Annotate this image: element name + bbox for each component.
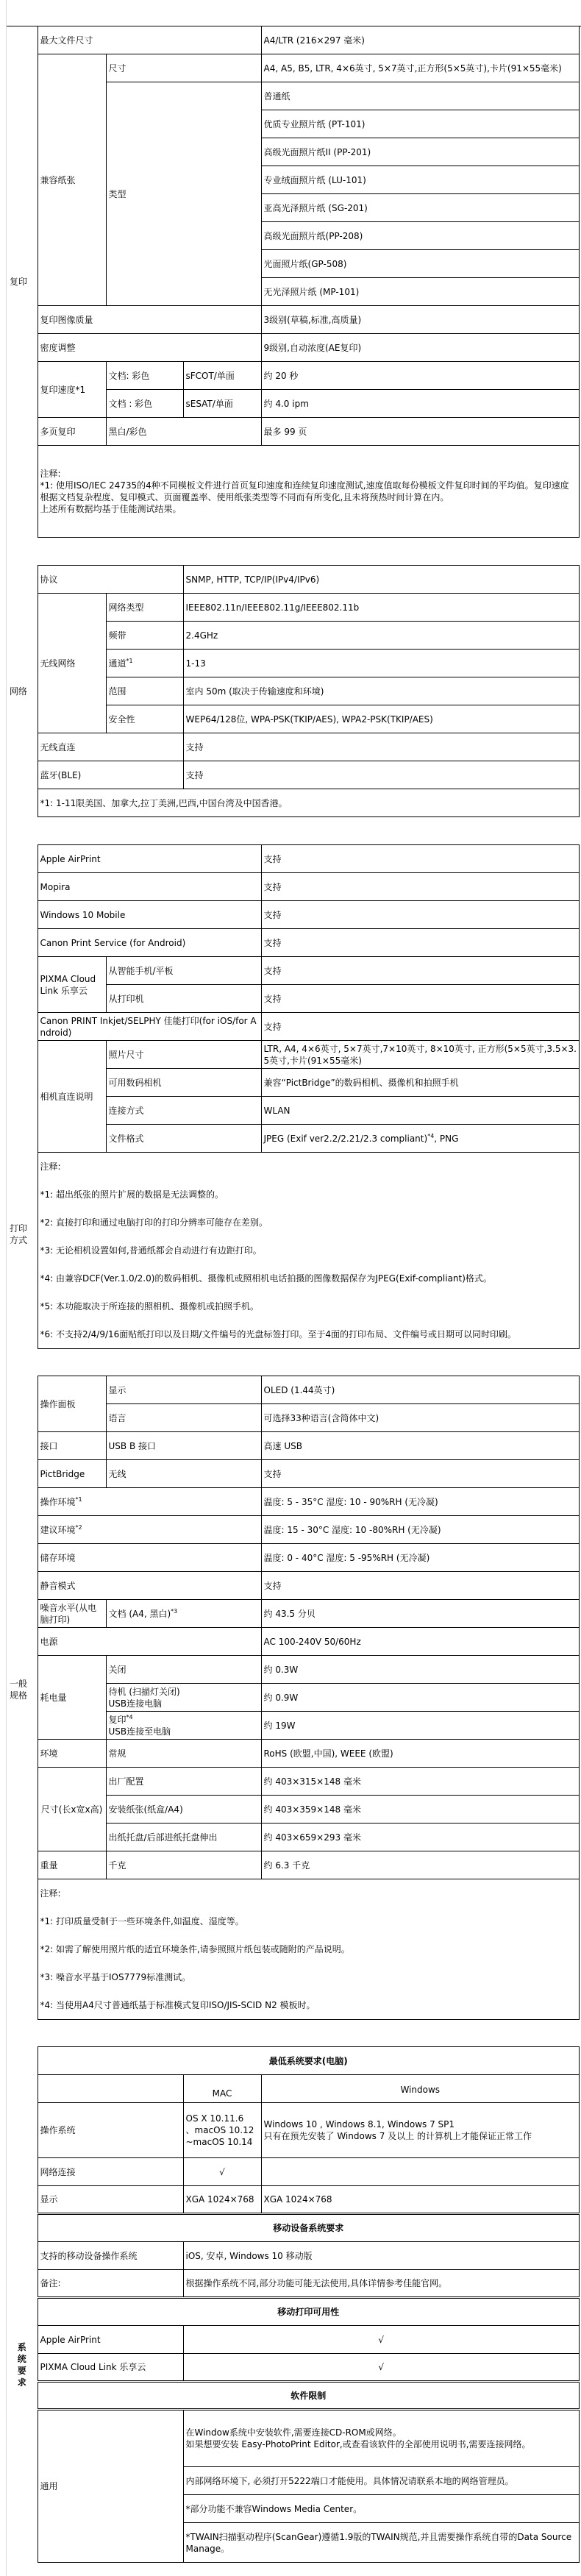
wireless-row-label: 频带 [106, 622, 183, 650]
paper-type: 优质专业照片纸 (PT-101) [261, 110, 579, 138]
max-doc-value: A4/LTR (216×297 毫米) [261, 26, 579, 54]
power-value: AC 100-240V 50/60Hz [261, 1628, 580, 1656]
wireless-row-value: 2.4GHz [183, 622, 579, 650]
wireless-row-value: IEEE802.11n/IEEE802.11g/IEEE802.11b [183, 594, 579, 622]
category-general: 一般规格 [7, 1376, 38, 2020]
consumption-row-label: 关闭 [106, 1656, 261, 1684]
print-row-value: 支持 [261, 901, 580, 929]
mobile-os-label: 支持的移动设备操作系统 [38, 2242, 183, 2270]
paper-type: 高级光面照片纸(PP-208) [261, 222, 579, 250]
dimension-label: 尺寸(长x宽x高) [38, 1768, 106, 1851]
display-label: 显示 [38, 2186, 183, 2214]
col-mac: MAC [183, 2075, 261, 2103]
consumption-row-value: 约 0.3W [261, 1656, 580, 1684]
wireless-label: 无线网络 [38, 594, 106, 733]
paper-type: 专业绒面照片纸 (LU-101) [261, 166, 579, 194]
weight-sub: 千克 [106, 1851, 261, 1879]
print-row-value: 支持 [261, 873, 580, 901]
col-windows: Windows [261, 2075, 580, 2103]
env-sub: 常规 [106, 1740, 261, 1768]
net-label: 网络连接 [38, 2158, 183, 2186]
paper-type: 高级光面照片纸II (PP-201) [261, 138, 579, 166]
rec-env-label: 建议环境*2 [38, 1516, 261, 1544]
paper-type: 无光泽照片纸 (MP-101) [261, 278, 579, 306]
note-item: *1: 超出纸张的照片扩展的数据是无法调整的。 [40, 1181, 577, 1209]
notes-title: 注释: [40, 468, 577, 480]
pc-req-header: 最低系统要求(电脑) [38, 2047, 580, 2075]
quiet-value: 支持 [261, 1572, 580, 1600]
cloud-link-label: PIXMA Cloud Link 乐享云 [38, 2354, 183, 2382]
speed-mode: sFCOT/单面 [183, 362, 261, 390]
wireless-row-value: WEP64/128位, WPA-PSK(TKIP/AES), WPA2-PSK(… [183, 705, 579, 733]
dimension-row-value: 约 403×359×148 毫米 [261, 1796, 580, 1824]
category-copy: 复印 [7, 26, 38, 538]
cloud-row-label: 从打印机 [106, 985, 261, 1013]
store-env-value: 温度: 0 - 40°C 湿度: 5 -95%RH (无冷凝) [261, 1544, 580, 1572]
category-network: 网络 [7, 566, 38, 817]
quality-label: 复印图像质量 [38, 306, 261, 334]
mobile-req-header: 移动设备系统要求 [38, 2214, 580, 2242]
consumption-label: 耗电量 [38, 1656, 106, 1740]
interface-sub: USB B 接口 [106, 1432, 261, 1460]
dimension-row-value: 约 403×315×148 毫米 [261, 1768, 580, 1796]
wireless-row-value: 室内 50m (取决于传输速度和环境) [183, 677, 579, 705]
airprint-check: √ [183, 2326, 580, 2354]
size-value: A4, A5, B5, LTR, 4×6英寸, 5×7英寸,正方形(5×5英寸)… [261, 54, 579, 82]
pictbridge-sub: 无线 [106, 1460, 261, 1488]
store-env-label: 储存环境 [38, 1544, 261, 1572]
print-notes: 注释: *1: 超出纸张的照片扩展的数据是无法调整的。 *2: 直接打印和通过电… [38, 1153, 580, 1349]
software-note: 内部网络环境下, 必须打开5222端口才能使用。具体情况请联系本地的网络管理员。 [183, 2467, 580, 2495]
cloud-row-label: 从智能手机/平板 [106, 957, 261, 985]
weight-label: 重量 [38, 1851, 106, 1879]
copy-spec-table: 复印 最大文件尺寸 A4/LTR (216×297 毫米) 兼容纸张 尺寸 A4… [7, 26, 580, 538]
speed-label: 复印速度*1 [38, 362, 106, 418]
panel-row-label: 语言 [106, 1404, 261, 1432]
network-spec-table: 网络 协议 SNMP, HTTP, TCP/IP(IPv4/IPv6) 无线网络… [7, 565, 580, 817]
canon-print-value: 支持 [261, 1013, 580, 1041]
panel-row-label: 显示 [106, 1376, 261, 1404]
speed-mode: sESAT/单面 [183, 390, 261, 418]
print-row-value: 支持 [261, 845, 580, 873]
note-item: *3: 无论相机设置如何,普通纸都会自动进行有边距打印。 [40, 1237, 577, 1264]
protocol-value: SNMP, HTTP, TCP/IP(IPv4/IPv6) [183, 566, 579, 594]
size-label: 尺寸 [106, 54, 261, 82]
noise-sub: 文档 (A4, 黑白)*3 [106, 1600, 261, 1628]
general-spec-table: 一般规格 操作面板 显示 OLED (1.44英寸) 语言 可选择33种语言(含… [7, 1376, 580, 2020]
quality-value: 3级别(草稿,标准,高质量) [261, 306, 579, 334]
print-row-label: Apple AirPrint [38, 845, 261, 873]
interface-label: 接口 [38, 1432, 106, 1460]
noise-value: 约 43.5 分贝 [261, 1600, 580, 1628]
category-print: 打印方式 [7, 845, 38, 1349]
direct-label: 无线直连 [38, 733, 183, 761]
camera-row-value: LTR, A4, 4×6英寸, 5×7英寸,7×10英寸, 8×10英寸, 正方… [261, 1041, 580, 1069]
paper-type: 亚高光泽照片纸 (SG-201) [261, 194, 579, 222]
env-label: 环境 [38, 1740, 106, 1768]
pictbridge-value: 支持 [261, 1460, 580, 1488]
multi-sub: 黑白/彩色 [106, 418, 261, 446]
notes-title: 注释: [40, 1153, 577, 1181]
copy-notes: 注释: *1: 使用ISO/IEC 24735的4种不同模板文件进行首页复印速度… [38, 446, 580, 538]
print-row-label: Canon Print Service (for Android) [38, 929, 261, 957]
protocol-label: 协议 [38, 566, 183, 594]
quiet-label: 静音模式 [38, 1572, 261, 1600]
cloud-row-value: 支持 [261, 957, 580, 985]
multi-label: 多页复印 [38, 418, 106, 446]
wireless-row-label: 范围 [106, 677, 183, 705]
camera-label: 相机直连说明 [38, 1041, 106, 1153]
note-item: *1: 使用ISO/IEC 24735的4种不同模板文件进行首页复印速度和连续复… [40, 480, 577, 503]
software-note: *部分功能不兼容Windows Media Center。 [183, 2495, 580, 2523]
bluetooth-value: 支持 [183, 761, 579, 789]
camera-row-value: WLAN [261, 1097, 580, 1125]
direct-value: 支持 [183, 733, 579, 761]
op-env-value: 温度: 5 - 35°C 湿度: 10 - 90%RH (无冷凝) [261, 1488, 580, 1516]
os-label: 操作系统 [38, 2103, 183, 2158]
panel-row-value: 可选择33种语言(含简体中文) [261, 1404, 580, 1432]
network-note: *1: 1-11限美国、加拿大,拉丁美洲,巴西,中国台湾及中国香港。 [38, 789, 580, 817]
mobile-os-value: iOS, 安卓, Windows 10 移动版 [183, 2242, 580, 2270]
remark-value: 根据操作系统不同,部分功能可能无法使用,具体详情参考佳能官网。 [183, 2270, 580, 2298]
general-label: 通用 [38, 2410, 183, 2563]
op-env-label: 操作环境*1 [38, 1488, 261, 1516]
software-note: *TWAIN扫描驱动程序(ScanGear)遵循1.9版的TWAIN规范,并且需… [183, 2523, 580, 2563]
type-label: 类型 [106, 82, 261, 306]
env-value: RoHS (欧盟,中国), WEEE (欧盟) [261, 1740, 580, 1768]
density-label: 密度调整 [38, 334, 261, 362]
general-notes: 注释: *1: 打印质量受制于一些环境条件,如温度、湿度等。 *2: 如需了解使… [38, 1879, 580, 2020]
speed-doc: 文档: 彩色 [106, 362, 183, 390]
panel-row-value: OLED (1.44英寸) [261, 1376, 580, 1404]
airprint-label: Apple AirPrint [38, 2326, 183, 2354]
note-item: *5: 本功能取决于所连接的照相机、摄像机或拍照手机。 [40, 1292, 577, 1320]
camera-row-value: 兼容“PictBridge”的数码相机、摄像机和拍照手机 [261, 1069, 580, 1097]
power-label: 电源 [38, 1628, 261, 1656]
note-item: *4: 由兼容DCF(Ver.1.0/2.0)的数码相机、摄像机或照相机电话拍摄… [40, 1264, 577, 1292]
os-windows: Windows 10 , Windows 8.1, Windows 7 SP1只… [261, 2103, 580, 2158]
system-req-table: 系统要求 最低系统要求(电脑) MAC Windows 操作系统 OS X 10… [7, 2046, 580, 2563]
paper-type: 光面照片纸(GP-508) [261, 250, 579, 278]
net-windows [261, 2158, 580, 2186]
cloud-row-value: 支持 [261, 985, 580, 1013]
camera-row-label: 照片尺寸 [106, 1041, 261, 1069]
camera-row-label: 可用数码相机 [106, 1069, 261, 1097]
display-windows: XGA 1024×768 [261, 2186, 580, 2214]
wireless-row-value: 1-13 [183, 650, 579, 677]
note-item: *4: 当使用A4尺寸普通纸基于标准模式复印ISO/JIS-SCID N2 模板… [40, 1991, 577, 2019]
software-note: 在Window系统中安装软件,需要连接CD-ROM或网络。如果想要安装 Easy… [183, 2410, 580, 2467]
max-doc-label: 最大文件尺寸 [38, 26, 261, 54]
note-item: *3: 噪音水平基于IOS7779标准测试。 [40, 1963, 577, 1991]
print-row-label: Windows 10 Mobile [38, 901, 261, 929]
print-row-label: Mopira [38, 873, 261, 901]
net-mac-check: √ [183, 2158, 261, 2186]
note-item: *6: 不支持2/4/9/16面贴纸打印以及日期/文件编号的光盘标签打印。至于4… [40, 1320, 577, 1348]
note-item: *2: 如需了解使用照片纸的适宜环境条件,请参照照片纸包装或随附的产品说明。 [40, 1935, 577, 1963]
cloud-link-check: √ [183, 2354, 580, 2382]
remark-label: 备注: [38, 2270, 183, 2298]
print-methods-table: 打印方式 Apple AirPrint 支持 Mopira 支持 Windows… [7, 844, 580, 1349]
cloud-label: PIXMA Cloud Link 乐享云 [38, 957, 106, 1013]
dimension-row-label: 安装纸张(纸盒/A4) [106, 1796, 261, 1824]
interface-value: 高速 USB [261, 1432, 580, 1460]
dimension-row-label: 出厂配置 [106, 1768, 261, 1796]
speed-doc: 文档 : 彩色 [106, 390, 183, 418]
paper-type: 普通纸 [261, 82, 579, 110]
camera-row-label: 连接方式 [106, 1097, 261, 1125]
note-item: *1: 打印质量受制于一些环境条件,如温度、湿度等。 [40, 1907, 577, 1935]
pictbridge-label: PictBridge [38, 1460, 106, 1488]
note-item: 上述所有数据均基于佳能测试结果。 [40, 503, 577, 515]
multi-value: 最多 99 页 [261, 418, 579, 446]
speed-value: 约 20 秒 [261, 362, 579, 390]
consumption-row-label: 待机 (扫描灯关闭)USB连接电脑 [106, 1684, 261, 1712]
bluetooth-label: 蓝牙(BLE) [38, 761, 183, 789]
paper-label: 兼容纸张 [38, 54, 106, 306]
category-system: 系统要求 [7, 2047, 38, 2563]
footnote-marker: *1 [126, 658, 133, 664]
consumption-row-label: 复印*4USB连接至电脑 [106, 1712, 261, 1740]
display-mac: XGA 1024×768 [183, 2186, 261, 2214]
panel-label: 操作面板 [38, 1376, 106, 1432]
consumption-row-value: 约 19W [261, 1712, 580, 1740]
footnote-marker: *4 [427, 1133, 434, 1139]
wireless-row-label: 安全性 [106, 705, 183, 733]
print-row-value: 支持 [261, 929, 580, 957]
canon-print-label: Canon PRINT Inkjet/SELPHY 佳能打印(for iOS/f… [38, 1013, 261, 1041]
weight-value: 约 6.3 千克 [261, 1851, 580, 1879]
rec-env-value: 温度: 15 - 30°C 湿度: 10 -80%RH (无冷凝) [261, 1516, 580, 1544]
dimension-row-value: 约 403×659×293 毫米 [261, 1824, 580, 1851]
consumption-row-value: 约 0.9W [261, 1684, 580, 1712]
speed-value: 约 4.0 ipm [261, 390, 579, 418]
software-header: 软件限制 [38, 2382, 580, 2410]
os-mac: OS X 10.11.6、macOS 10.12~macOS 10.14 [183, 2103, 261, 2158]
camera-row-value: JPEG (Exif ver2.2/2.21/2.3 compliant)*4,… [261, 1125, 580, 1153]
blank-header-cell [38, 2075, 183, 2103]
notes-title: 注释: [40, 1879, 577, 1907]
density-value: 9级别,自动浓度(AE复印) [261, 334, 579, 362]
wireless-row-label: 网络类型 [106, 594, 183, 622]
mobile-print-header: 移动打印可用性 [38, 2298, 580, 2326]
noise-label: 噪音水平(从电脑打印) [38, 1600, 106, 1628]
dimension-row-label: 出纸托盘/后部进纸托盘伸出 [106, 1824, 261, 1851]
wireless-row-label: 通道*1 [106, 650, 183, 677]
camera-row-label: 文件格式 [106, 1125, 261, 1153]
note-item: *2: 直接打印和通过电脑打印的打印分辨率可能存在差别。 [40, 1209, 577, 1237]
